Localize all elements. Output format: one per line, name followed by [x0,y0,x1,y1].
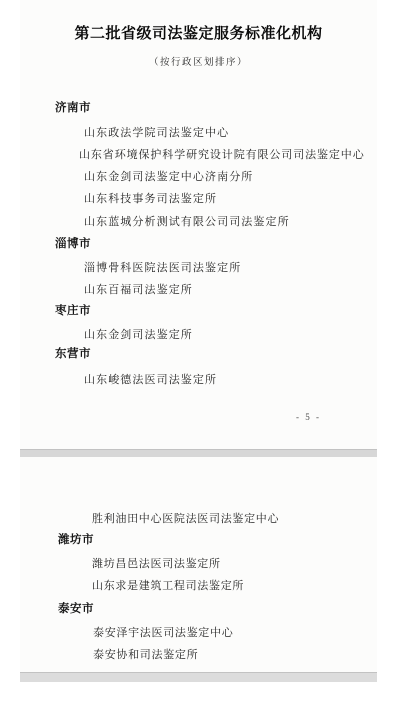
institution-item: 山东金剑司法鉴定中心济南分所 [84,170,253,184]
document-title: 第二批省级司法鉴定服务标准化机构 [20,27,377,41]
city-heading-dongying: 东营市 [55,347,91,361]
institution-item: 胜利油田中心医院法医司法鉴定中心 [92,512,279,526]
city-heading-taian: 泰安市 [58,602,94,616]
institution-item: 山东求是建筑工程司法鉴定所 [92,579,244,593]
document-subtitle: （按行政区划排序） [20,56,377,70]
page-number: - 5 - [296,410,321,424]
institution-item: 泰安泽宇法医司法鉴定中心 [93,626,233,640]
institution-item: 山东政法学院司法鉴定中心 [84,126,229,140]
scanned-document-canvas: 第二批省级司法鉴定服务标准化机构 （按行政区划排序） 济南市 山东政法学院司法鉴… [0,0,404,703]
page-break-bar [20,449,377,457]
institution-item: 山东金剑司法鉴定所 [84,328,193,342]
city-heading-jinan: 济南市 [55,101,91,115]
institution-item: 山东科技事务司法鉴定所 [84,192,217,206]
institution-item: 潍坊昌邑法医司法鉴定所 [92,557,221,571]
institution-item: 山东蓝城分析测试有限公司司法鉴定所 [84,215,290,229]
page-break-bar [20,672,377,682]
city-heading-weifang: 潍坊市 [58,533,94,547]
institution-item: 山东省环境保护科学研究设计院有限公司司法鉴定中心 [79,148,365,162]
city-heading-zaozhuang: 枣庄市 [55,304,91,318]
city-heading-zibo: 淄博市 [55,237,91,251]
institution-item: 山东峻德法医司法鉴定所 [84,373,217,387]
institution-item: 泰安协和司法鉴定所 [93,648,198,662]
institution-item: 淄博骨科医院法医司法鉴定所 [84,261,241,275]
institution-item: 山东百福司法鉴定所 [84,283,193,297]
